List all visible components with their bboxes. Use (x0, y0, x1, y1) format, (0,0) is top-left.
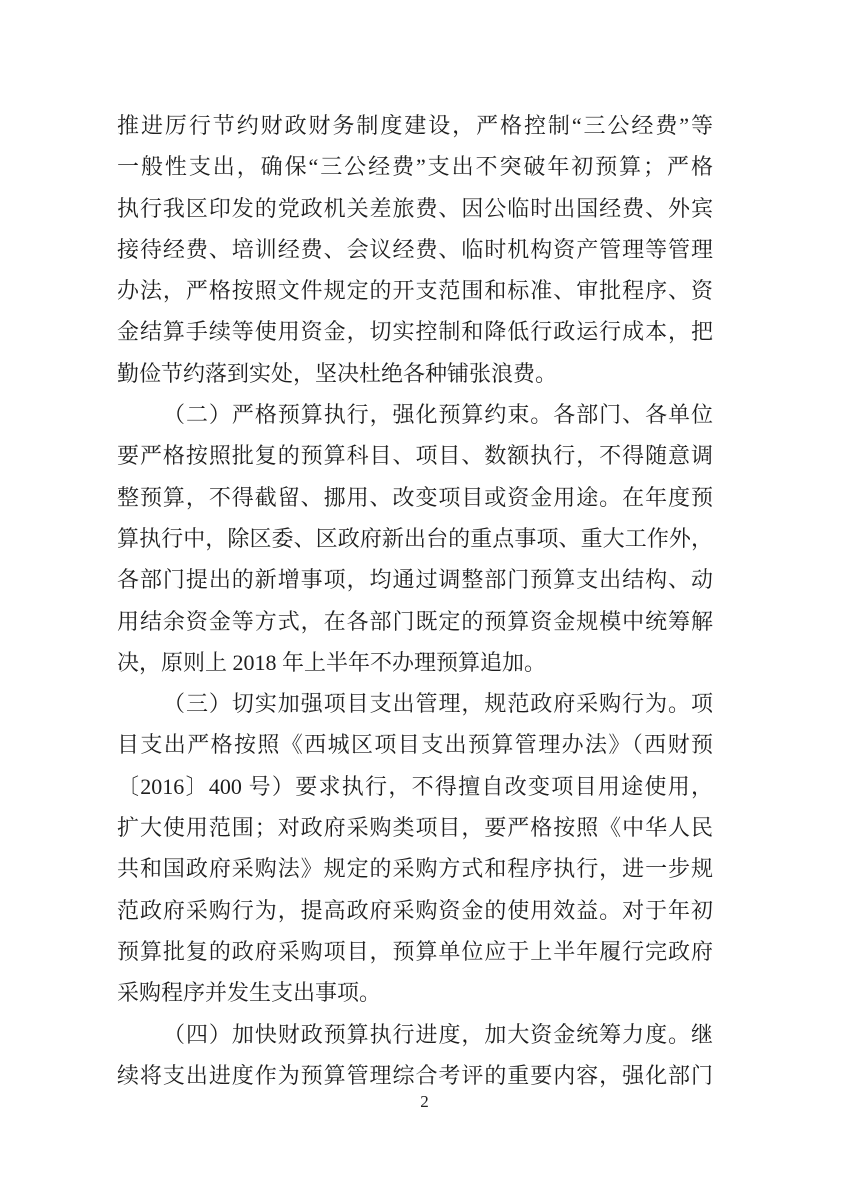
paragraph-item-3: （三）切实加强项目支出管理，规范政府采购行为。项 目支出严格按照《西城区项目支出… (117, 683, 713, 1013)
paragraph-continuation: 推进厉行节约财政财务制度建设，严格控制“三公经费”等 一般性支出，确保“三公经费… (117, 105, 713, 394)
text-line: 预算批复的政府采购项目，预算单位应于上半年履行完政府 (117, 931, 713, 972)
text-line: 〔2016〕400 号）要求执行，不得擅自改变项目用途使用， (117, 766, 713, 807)
text-line: 扩大使用范围；对政府采购类项目，要严格按照《中华人民 (117, 807, 713, 848)
text-line: 整预算，不得截留、挪用、改变项目或资金用途。在年度预 (117, 477, 713, 518)
text-line: 接待经费、培训经费、会议经费、临时机构资产管理等管理 (117, 229, 713, 270)
text-line: 各部门提出的新增事项，均通过调整部门预算支出结构、动 (117, 559, 713, 600)
text-line: 目支出严格按照《西城区项目支出预算管理办法》（西财预 (117, 724, 713, 765)
text-line: 算执行中，除区委、区政府新出台的重点事项、重大工作外， (117, 518, 713, 559)
text-line: 共和国政府采购法》规定的采购方式和程序执行，进一步规 (117, 848, 713, 889)
text-line: 一般性支出，确保“三公经费”支出不突破年初预算；严格 (117, 146, 713, 187)
text-line: 用结余资金等方式，在各部门既定的预算资金规模中统筹解 (117, 601, 713, 642)
page-number: 2 (0, 1091, 849, 1113)
text-line: 范政府采购行为，提高政府采购资金的使用效益。对于年初 (117, 890, 713, 931)
text-line: 勤俭节约落到实处，坚决杜绝各种铺张浪费。 (117, 353, 713, 394)
text-line: 办法，严格按照文件规定的开支范围和标准、审批程序、资 (117, 270, 713, 311)
text-line: （四）加快财政预算执行进度，加大资金统筹力度。继 (117, 1014, 713, 1055)
text-line: 金结算手续等使用资金，切实控制和降低行政运行成本，把 (117, 311, 713, 352)
document-body: 推进厉行节约财政财务制度建设，严格控制“三公经费”等 一般性支出，确保“三公经费… (117, 105, 713, 1096)
text-line: 续将支出进度作为预算管理综合考评的重要内容，强化部门 (117, 1055, 713, 1096)
paragraph-item-2: （二）严格预算执行，强化预算约束。各部门、各单位 要严格按照批复的预算科目、项目… (117, 394, 713, 683)
text-line: 推进厉行节约财政财务制度建设，严格控制“三公经费”等 (117, 105, 713, 146)
text-line: （二）严格预算执行，强化预算约束。各部门、各单位 (117, 394, 713, 435)
text-line: 执行我区印发的党政机关差旅费、因公临时出国经费、外宾 (117, 188, 713, 229)
text-line: 决，原则上 2018 年上半年不办理预算追加。 (117, 642, 713, 683)
paragraph-item-4: （四）加快财政预算执行进度，加大资金统筹力度。继 续将支出进度作为预算管理综合考… (117, 1014, 713, 1097)
text-line: 采购程序并发生支出事项。 (117, 972, 713, 1013)
text-line: （三）切实加强项目支出管理，规范政府采购行为。项 (117, 683, 713, 724)
text-line: 要严格按照批复的预算科目、项目、数额执行，不得随意调 (117, 435, 713, 476)
document-page: 推进厉行节约财政财务制度建设，严格控制“三公经费”等 一般性支出，确保“三公经费… (0, 0, 849, 1200)
